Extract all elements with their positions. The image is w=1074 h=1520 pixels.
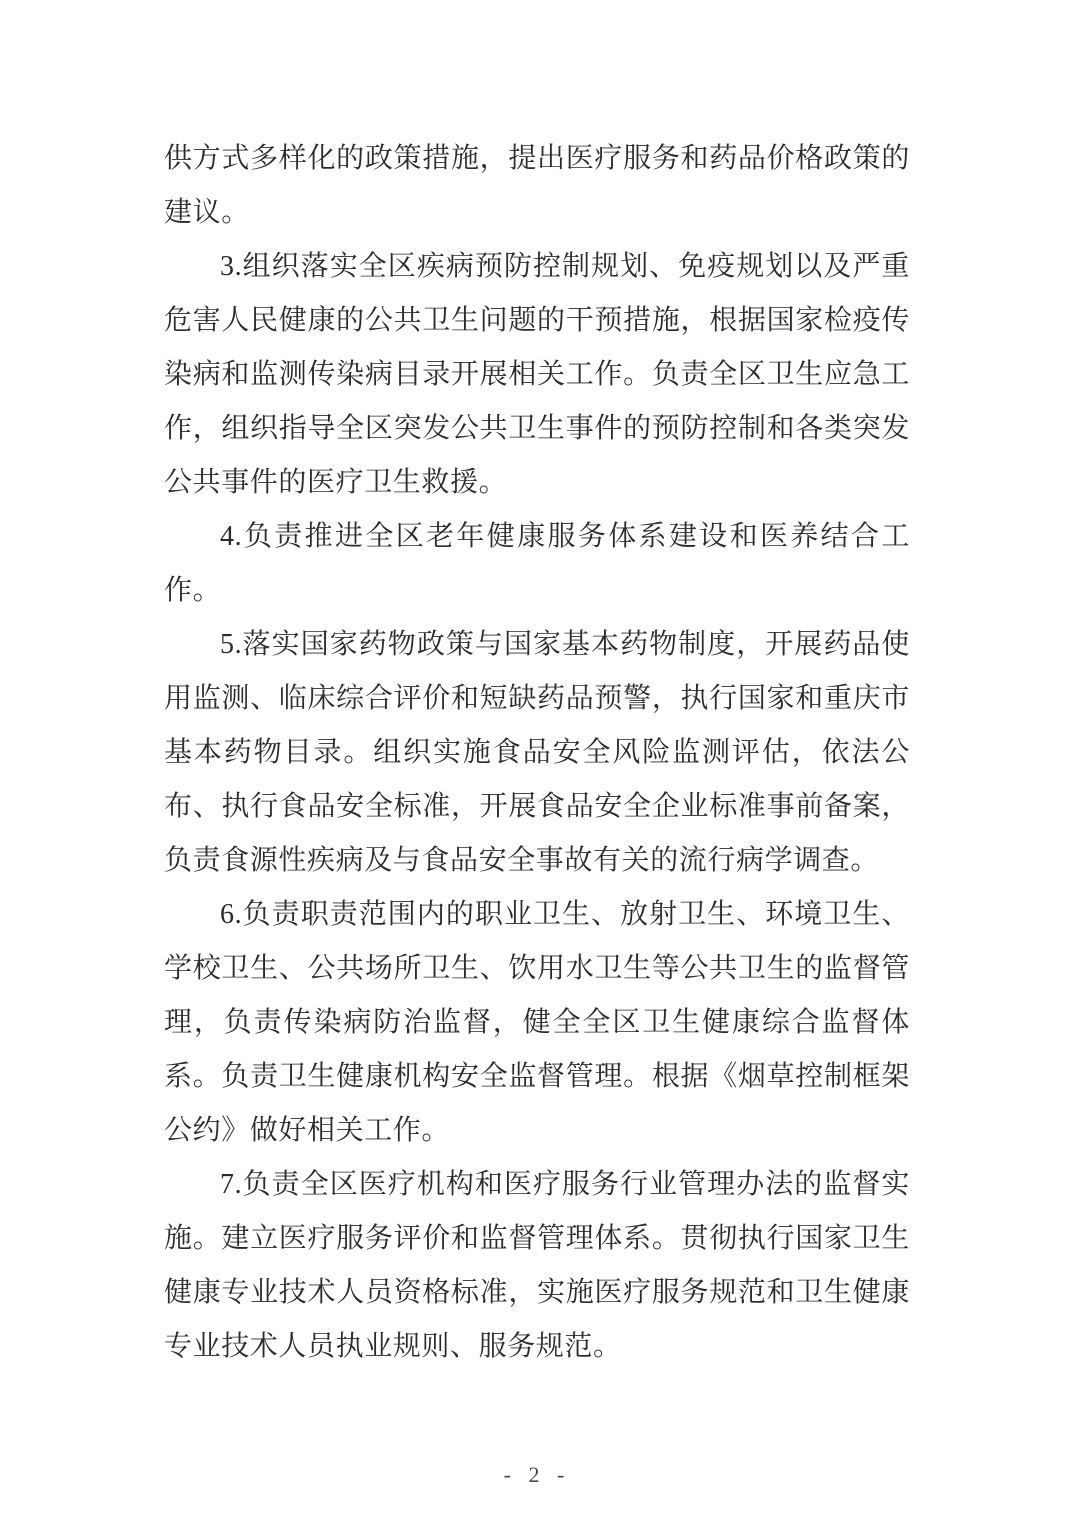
paragraph-item-7: 7.负责全区医疗机构和医疗服务行业管理办法的监督实施。建立医疗服务评价和监督管理… [164,1158,910,1374]
document-page: 供方式多样化的政策措施，提出医疗服务和药品价格政策的建议。 3.组织落实全区疾病… [0,0,1074,1520]
document-body: 供方式多样化的政策措施，提出医疗服务和药品价格政策的建议。 3.组织落实全区疾病… [164,132,910,1374]
paragraph-item-3: 3.组织落实全区疾病预防控制规划、免疫规划以及严重危害人民健康的公共卫生问题的干… [164,240,910,510]
paragraph-continuation: 供方式多样化的政策措施，提出医疗服务和药品价格政策的建议。 [164,132,910,240]
page-footer: - 2 - [0,1462,1074,1488]
paragraph-item-4: 4.负责推进全区老年健康服务体系建设和医养结合工作。 [164,510,910,618]
page-number: - 2 - [504,1462,571,1487]
paragraph-item-6: 6.负责职责范围内的职业卫生、放射卫生、环境卫生、学校卫生、公共场所卫生、饮用水… [164,888,910,1158]
paragraph-item-5: 5.落实国家药物政策与国家基本药物制度，开展药品使用监测、临床综合评价和短缺药品… [164,618,910,888]
